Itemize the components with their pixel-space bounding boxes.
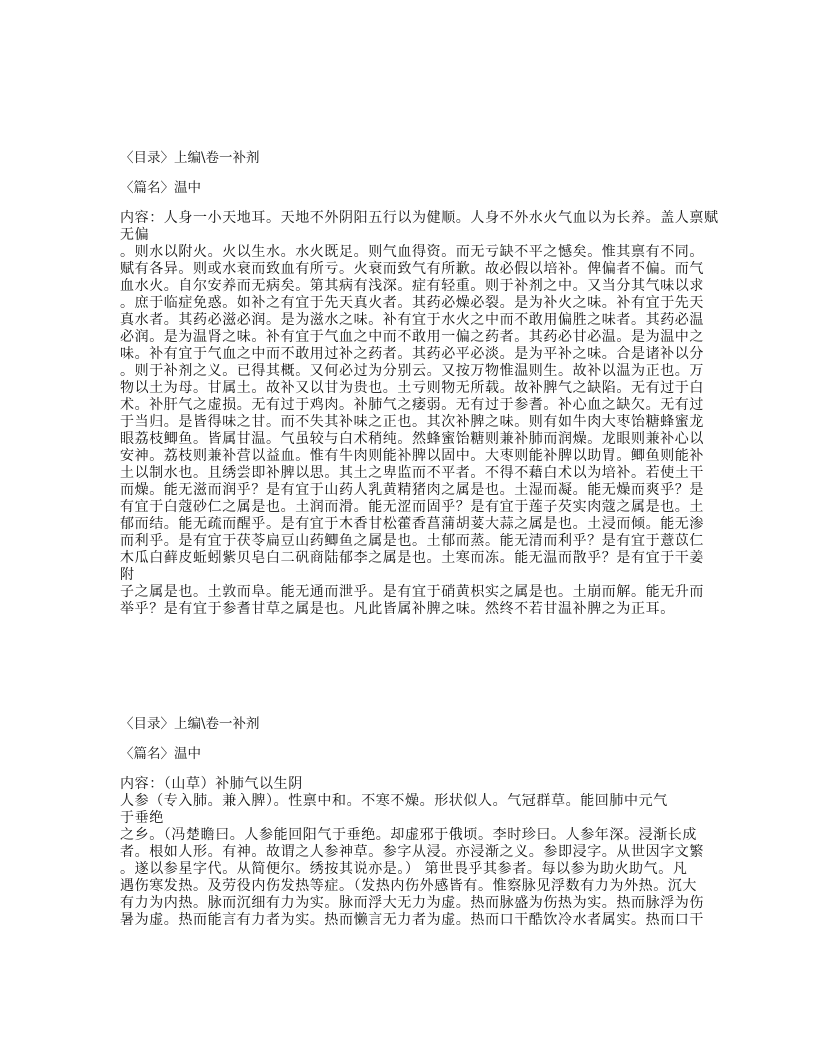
content-line: 。则于补剂之义。已得其概。又何必过为分别云。又按万物惟温则生。故补以温为正也。万 [120, 363, 700, 380]
content-line: 于垂绝 [120, 810, 700, 827]
content-line: 内容：（山草）补肺气以生阴 [120, 776, 700, 793]
content-line: 真水者。其药必滋必润。是为滋水之味。补有宜于水火之中而不敢用偏胜之味者。其药必温 [120, 312, 700, 329]
content-line: 物以土为母。甘属土。故补又以甘为贵也。土亏则物无所载。故补脾气之缺陷。无有过于白 [120, 380, 700, 397]
chapter-title: 〈篇名〉温中 [120, 180, 700, 197]
content-line: 附 [120, 567, 700, 584]
content-line: 而燥。能无滋而润乎？是有宜于山药人乳黄精猪肉之属是也。土湿而凝。能无燥而爽乎？是 [120, 482, 700, 499]
content-line: 有力为内热。脉而沉细有力为实。脉而浮大无力为虚。热而脉盛为伤热为实。热而脉浮为伤 [120, 895, 700, 912]
content-line: 。则水以附火。火以生水。水火既足。则气血得资。而无亏缺不平之憾矣。惟其禀有不同。 [120, 244, 700, 261]
content-block: 内容：（山草）补肺气以生阴 人参（专入肺。兼入脾）。性禀中和。不寒不燥。形状似人… [120, 776, 700, 929]
content-line: 血水火。自尔安养而无病矣。第其病有浅深。症有轻重。则于补剂之中。又当分其气味以求 [120, 278, 700, 295]
content-line: 必润。是为温肾之味。补有宜于气血之中而不敢用一偏之药者。其药必甘必温。是为温中之 [120, 329, 700, 346]
content-line: 眼荔枝鲫鱼。皆属甘温。气虽较与白术稍纯。然蜂蜜饴糖则兼补肺而润燥。龙眼则兼补心以 [120, 431, 700, 448]
content-line: 之乡。（冯楚瞻曰。人参能回阳气于垂绝。却虚邪于俄顷。李时珍曰。人参年深。浸渐长成 [120, 827, 700, 844]
content-line: 而利乎。是有宜于茯苓扁豆山药鲫鱼之属是也。土郁而蒸。能无清而利乎？是有宜于薏苡仁 [120, 533, 700, 550]
content-line: 人参（专入肺。兼入脾）。性禀中和。不寒不燥。形状似人。气冠群草。能回肺中元气 [120, 793, 700, 810]
content-line: 遇伤寒发热。及劳役内伤发热等症。（发热内伤外感皆有。惟察脉见浮数有力为外热。沉大 [120, 878, 700, 895]
content-line: 于当归。是皆得味之甘。而不失其补味之正也。其次补脾之味。则有如牛肉大枣饴糖蜂蜜龙 [120, 414, 700, 431]
content-line: 赋有各异。则或水衰而致血有所亏。火衰而致气有所歉。故必假以培补。俾偏者不偏。而气 [120, 261, 700, 278]
content-line: 举乎？是有宜于参耆甘草之属是也。凡此皆属补脾之味。然终不若甘温补脾之为正耳。 [120, 601, 700, 618]
content-line: 味。补有宜于气血之中而不敢用过补之药者。其药必平必淡。是为平补之味。合是诸补以分 [120, 346, 700, 363]
content-line: 。庶于临症免惑。如补之有宜于先天真火者。其药必燥必裂。是为补火之味。补有宜于先天 [120, 295, 700, 312]
directory-line: 〈目录〉上编\卷一补剂 [120, 150, 700, 167]
content-line: 安神。荔枝则兼补营以益血。惟有牛肉则能补脾以固中。大枣则能补脾以助胃。鲫鱼则能补 [120, 448, 700, 465]
entry-section-1: 〈目录〉上编\卷一补剂 〈篇名〉温中 内容：人身一小天地耳。天地不外阴阳五行以为… [120, 150, 700, 618]
content-line: 术。补肝气之虚损。无有过于鸡肉。补肺气之痿弱。无有过于参耆。补心血之缺欠。无有过 [120, 397, 700, 414]
content-line: 有宜于白蔻砂仁之属是也。土润而滑。能无涩而固乎？是有宜于莲子芡实肉蔻之属是也。土 [120, 499, 700, 516]
content-line: 郁而结。能无疏而醒乎。是有宜于木香甘松藿香菖蒲胡荽大蒜之属是也。土浸而倾。能无渗 [120, 516, 700, 533]
entry-section-2: 〈目录〉上编\卷一补剂 〈篇名〉温中 内容：（山草）补肺气以生阴 人参（专入肺。… [120, 716, 700, 929]
content-line: 木瓜白藓皮蚯蚓紫贝皂白二矾商陆郁李之属是也。土寒而冻。能无温而散乎？是有宜于干姜 [120, 550, 700, 567]
content-line: 暑为虚。热而能言有力者为实。热而懒言无力者为虚。热而口干酷饮冷水者属实。热而口干 [120, 912, 700, 929]
content-line: 子之属是也。土敦而阜。能无通而泄乎。是有宜于硝黄枳实之属是也。土崩而解。能无升而 [120, 584, 700, 601]
content-line: 土以制水也。且绣尝即补脾以思。其土之卑监而不平者。不得不藉白术以为培补。若使土干 [120, 465, 700, 482]
content-line: 内容：人身一小天地耳。天地不外阴阳五行以为健顺。人身不外水火气血以为长养。盖人禀… [120, 210, 700, 227]
directory-line: 〈目录〉上编\卷一补剂 [120, 716, 700, 733]
content-line: 者。根如人形。有神。故谓之人参神草。参字从浸。亦浸渐之义。参即浸字。从世因字文繁 [120, 844, 700, 861]
content-line: 无偏 [120, 227, 700, 244]
content-block: 内容：人身一小天地耳。天地不外阴阳五行以为健顺。人身不外水火气血以为长养。盖人禀… [120, 210, 700, 618]
content-line: 。遂以参星字代。从简便尔。绣按其说亦是。） 第世畏乎其参者。每以参为助火助气。凡 [120, 861, 700, 878]
chapter-title: 〈篇名〉温中 [120, 746, 700, 763]
